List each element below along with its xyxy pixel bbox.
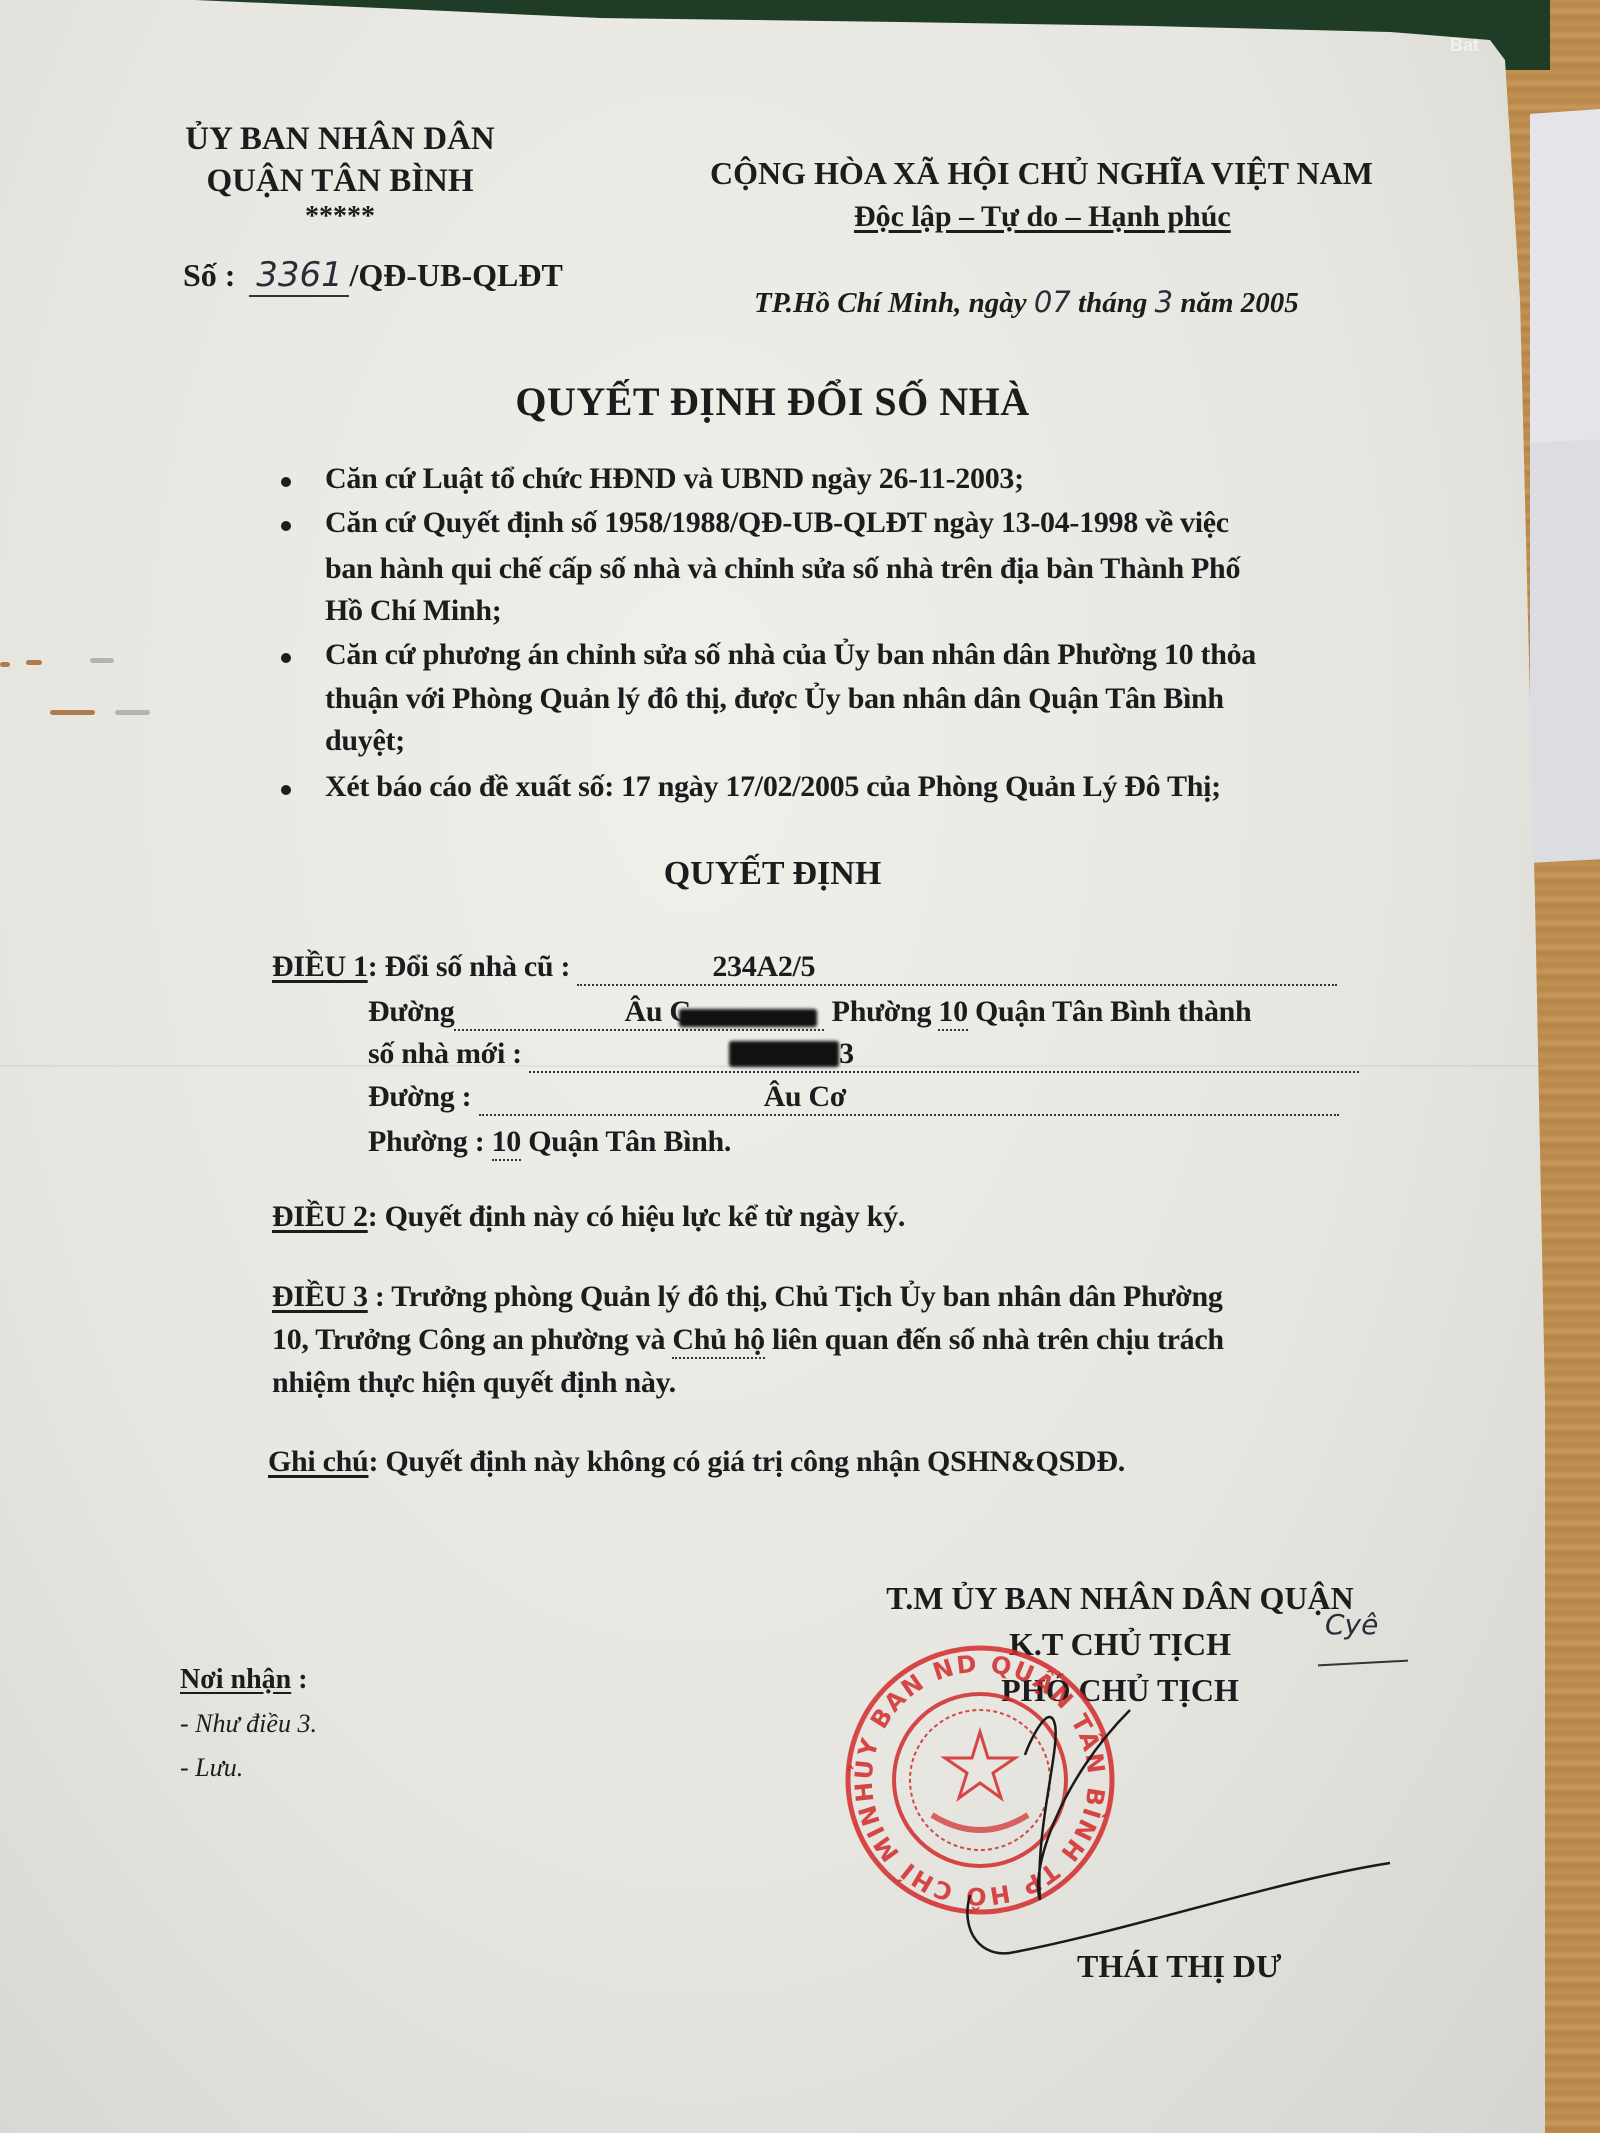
- note: Ghi chú: Quyết định này không có giá trị…: [268, 1445, 1125, 1479]
- document-title: QUYẾT ĐỊNH ĐỔI SỐ NHÀ: [0, 378, 1545, 425]
- bullet-icon: [281, 653, 291, 663]
- article1-line5: Phường : 10 Quận Tân Bình.: [368, 1125, 731, 1161]
- rust-stain: [90, 658, 114, 663]
- district-suffix: Quận Tân Bình thành: [975, 995, 1251, 1028]
- authority-line1: ỦY BAN NHÂN DÂN: [170, 118, 510, 160]
- recipient-item: - Lưu.: [180, 1746, 317, 1790]
- article3-line1: ĐIỀU 3 : Trưởng phòng Quản lý đô thị, Ch…: [272, 1280, 1223, 1314]
- basis-4: Xét báo cáo đề xuất số: 17 ngày 17/02/20…: [325, 770, 1221, 804]
- article1-line4: Đường : Âu Cơ: [368, 1080, 1339, 1116]
- new-street-field: Âu Cơ: [479, 1080, 1339, 1116]
- recipient-item: - Như điều 3.: [180, 1702, 317, 1746]
- signer-name: THÁI THỊ DƯ: [1077, 1948, 1281, 1985]
- national-motto: Độc lập – Tự do – Hạnh phúc: [854, 200, 1231, 234]
- number-suffix: /QĐ-UB-QLĐT: [349, 257, 562, 293]
- date-prefix: TP.Hồ Chí Minh, ngày: [754, 287, 1027, 319]
- day-handwritten: 07: [1034, 285, 1071, 319]
- article1-line3: số nhà mới : 3: [368, 1037, 1359, 1073]
- separator-stars: *****: [170, 202, 510, 232]
- article3-label: ĐIỀU 3: [272, 1280, 368, 1313]
- street-label: Đường: [368, 995, 454, 1028]
- article2-text: : Quyết định này có hiệu lực kể từ ngày …: [368, 1200, 905, 1233]
- note-text: : Quyết định này không có giá trị công n…: [368, 1445, 1124, 1478]
- recipients-label: Nơi nhận: [180, 1664, 291, 1695]
- watermark-logo: Bat: [1450, 35, 1479, 56]
- country-name: CỘNG HÒA XÃ HỘI CHỦ NGHĨA VIỆT NAM: [710, 155, 1373, 192]
- household-head: Chủ hộ: [672, 1323, 764, 1359]
- article1-line1: ĐIỀU 1: Đổi số nhà cũ : 234A2/5: [272, 950, 1337, 986]
- old-street-field: Âu C: [454, 995, 824, 1031]
- rust-stain: [0, 662, 10, 667]
- year-text: năm 2005: [1180, 287, 1298, 319]
- new-number-label: số nhà mới :: [368, 1037, 522, 1070]
- basis-3-line3: duyệt;: [325, 724, 405, 758]
- new-street-value: Âu Cơ: [764, 1080, 847, 1114]
- new-number-suffix: 3: [839, 1037, 854, 1071]
- recipients-colon: :: [298, 1664, 307, 1695]
- month-handwritten: 3: [1155, 285, 1173, 319]
- article3-line3: nhiệm thực hiện quyết định này.: [272, 1366, 676, 1400]
- recipients: Nơi nhận : - Như điều 3. - Lưu.: [180, 1658, 317, 1790]
- article3-text1: : Trưởng phòng Quản lý đô thị, Chủ Tịch …: [368, 1280, 1223, 1313]
- article1-line2: ĐườngÂu C Phường 10 Quận Tân Bình thành: [368, 995, 1251, 1031]
- rust-stain: [50, 710, 95, 715]
- redacted-street: [679, 1009, 817, 1027]
- old-number-field: 234A2/5: [577, 950, 1337, 986]
- rust-stain: [26, 660, 42, 665]
- basis-1: Căn cứ Luật tổ chức HĐND và UBND ngày 26…: [325, 462, 1024, 496]
- new-ward-label: Phường :: [368, 1125, 484, 1158]
- article3-line2: 10, Trưởng Công an phường và Chủ hộ liên…: [272, 1323, 1224, 1359]
- basis-2-line2: ban hành qui chế cấp số nhà và chỉnh sửa…: [325, 552, 1240, 586]
- note-label: Ghi chú: [268, 1445, 368, 1478]
- document-number: Số : 3361/QĐ-UB-QLĐT: [183, 255, 563, 297]
- article3-text2b: liên quan đến số nhà trên chịu trách: [765, 1323, 1224, 1356]
- authority-line2: QUẬN TÂN BÌNH: [170, 160, 510, 202]
- rust-stain: [115, 710, 150, 715]
- basis-3-line2: thuận với Phòng Quản lý đô thị, được Ủy …: [325, 682, 1224, 716]
- underlying-sheet: [1530, 437, 1600, 863]
- decision-heading: QUYẾT ĐỊNH: [0, 855, 1545, 893]
- article2-label: ĐIỀU 2: [272, 1200, 368, 1233]
- bullet-icon: [281, 521, 291, 531]
- signature-scribble: [830, 1630, 1410, 1970]
- bullet-icon: [281, 785, 291, 795]
- old-number-label: : Đổi số nhà cũ :: [368, 950, 570, 983]
- ward-label: Phường: [832, 995, 932, 1028]
- issue-date: TP.Hồ Chí Minh, ngày 07 tháng 3 năm 2005: [754, 285, 1299, 320]
- old-number-value: 234A2/5: [712, 950, 815, 984]
- new-ward-value: 10: [492, 1125, 521, 1161]
- number-label: Số :: [183, 257, 235, 293]
- bullet-icon: [281, 477, 291, 487]
- article2: ĐIỀU 2: Quyết định này có hiệu lực kể từ…: [272, 1200, 905, 1234]
- basis-2-line1: Căn cứ Quyết định số 1958/1988/QĐ-UB-QLĐ…: [325, 506, 1229, 540]
- month-label: tháng: [1078, 287, 1147, 319]
- new-street-label: Đường :: [368, 1080, 471, 1113]
- article1-label: ĐIỀU 1: [272, 950, 368, 983]
- new-district: Quận Tân Bình.: [528, 1125, 731, 1158]
- basis-3-line1: Căn cứ phương án chỉnh sửa số nhà của Ủy…: [325, 638, 1256, 672]
- redacted-new-number: [729, 1041, 839, 1067]
- ward-value: 10: [938, 995, 967, 1031]
- article3-text2a: 10, Trưởng Công an phường và: [272, 1323, 672, 1356]
- signature-line1: T.M ỦY BAN NHÂN DÂN QUẬN: [860, 1575, 1380, 1621]
- number-handwritten: 3361: [249, 255, 349, 297]
- new-number-field: 3: [529, 1037, 1359, 1073]
- issuing-authority: ỦY BAN NHÂN DÂN QUẬN TÂN BÌNH *****: [170, 118, 510, 232]
- basis-2-line3: Hồ Chí Minh;: [325, 594, 501, 628]
